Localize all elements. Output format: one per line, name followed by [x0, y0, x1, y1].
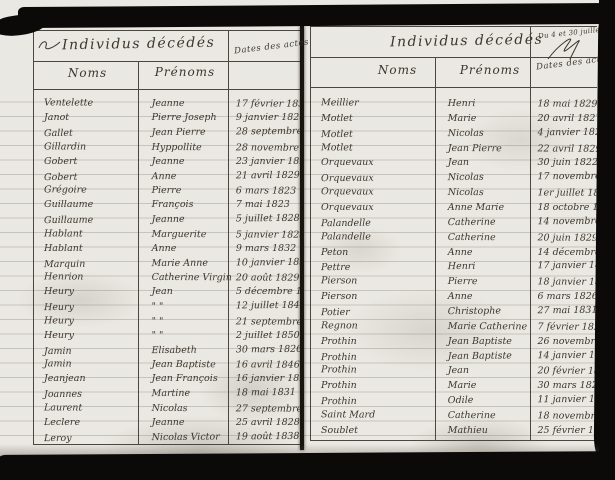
row-date: 30 mars 1829: [533, 380, 597, 391]
row-surname: Peton: [313, 247, 434, 258]
row-surname: Hablant: [36, 243, 138, 254]
row-surname: Joannes: [36, 388, 138, 400]
row-givenname: Nicolas: [434, 127, 534, 139]
row-givenname: Marie: [434, 380, 534, 391]
row-givenname: Elisabeth: [138, 344, 232, 356]
row-surname: Motlet: [313, 113, 434, 124]
row-givenname: Anne: [434, 247, 534, 258]
row-givenname: Jeanne: [138, 156, 232, 167]
left-col-header-noms: Noms: [45, 66, 130, 80]
row-givenname: Christophe: [434, 305, 534, 317]
row-date: 2 juillet 1850: [232, 330, 300, 341]
table-row: OrquevauxNicolas1er juillet 1830: [313, 184, 597, 200]
row-surname: Ventelette: [36, 97, 138, 109]
row-givenname: Odile: [434, 394, 534, 406]
row-givenname: Jean: [434, 157, 534, 168]
row-givenname: Jean Baptiste: [434, 336, 534, 347]
row-surname: Hablant: [36, 228, 138, 240]
row-surname: Guillaume: [36, 214, 138, 226]
row-date: 30 juin 1822: [533, 157, 597, 168]
row-date: 14 novembre 1834: [533, 216, 597, 228]
row-surname: Grégoire: [36, 184, 138, 196]
row-date: 12 juillet 1849: [232, 300, 300, 312]
row-surname: Jeanjean: [36, 373, 138, 384]
row-date: 23 janvier 1826: [232, 156, 300, 167]
table-row: GobertJeanne23 janvier 1826: [36, 154, 300, 169]
row-givenname: Martine: [138, 387, 232, 399]
row-surname: Potier: [313, 306, 434, 318]
row-surname: Meillier: [313, 97, 434, 109]
right-col-header-prenoms: Prénoms: [455, 63, 525, 77]
row-givenname: Anne: [138, 243, 232, 254]
row-surname: Henrion: [36, 271, 138, 283]
table-row: JoannesMartine18 mai 1831: [36, 385, 300, 402]
row-date: 17 février 1831: [232, 98, 300, 109]
row-givenname: Henri: [434, 261, 534, 273]
row-surname: Gobert: [36, 171, 138, 183]
scan-edge-top: [18, 3, 615, 28]
row-givenname: Jean François: [138, 373, 232, 384]
left-page-title: Individus décédés: [62, 35, 216, 54]
row-surname: Prothin: [313, 380, 434, 391]
row-givenname: Nicolas: [434, 187, 534, 199]
table-row: HenrionCatherine Virginie20 août 1829: [36, 269, 300, 285]
row-date: 30 mars 1826: [232, 343, 300, 355]
row-givenname: Anne: [434, 291, 534, 302]
row-surname: Jamin: [36, 358, 138, 370]
row-givenname: Jean Pierre: [138, 126, 232, 138]
row-givenname: Jeanne: [138, 417, 232, 428]
row-surname: Palandelle: [313, 231, 434, 243]
row-givenname: Jean: [434, 365, 534, 377]
row-surname: Gillardin: [36, 141, 138, 153]
row-givenname: Marie Anne: [138, 257, 232, 269]
table-row: MotletNicolas4 janvier 1828: [313, 124, 597, 141]
right-page-title: Individus décédés: [390, 32, 544, 51]
row-date: 9 janvier 1828: [232, 112, 300, 123]
row-surname: Prothin: [313, 336, 434, 347]
row-surname: Marquin: [36, 258, 138, 270]
table-row: Heury" "12 juillet 1849: [36, 298, 300, 315]
table-row: HablantMarguerite5 janvier 1828: [36, 226, 300, 242]
row-surname: Prothin: [313, 365, 434, 377]
row-surname: Gallet: [36, 127, 138, 139]
row-givenname: Catherine: [434, 410, 534, 422]
table-row: LaurentNicolas27 septembre 1823: [36, 400, 300, 416]
table-row: GrégoirePierre6 mars 1823: [36, 182, 300, 198]
row-date: 11 janvier 1832: [533, 394, 597, 406]
row-date: 25 février 1829: [533, 425, 597, 436]
row-givenname: Jeanne: [138, 98, 232, 109]
row-date: 26 novembre 1826: [533, 336, 597, 347]
row-givenname: Catherine Virginie: [138, 272, 232, 283]
row-surname: Saint Mard: [313, 409, 434, 421]
row-givenname: Nicolas: [138, 402, 232, 413]
row-givenname: Marie: [434, 113, 534, 124]
table-row: MotletMarie20 avril 1827: [313, 111, 597, 126]
row-date: 5 janvier 1828: [232, 229, 300, 240]
row-surname: Leroy: [36, 432, 138, 444]
table-row: GuillaumeFrançois7 mai 1823: [36, 198, 300, 213]
table-row: ProthinJean20 février 1828: [313, 363, 597, 379]
row-surname: Palandelle: [313, 217, 434, 229]
row-date: 14 décembre 1829: [533, 247, 597, 258]
row-givenname: Jean Baptiste: [138, 359, 232, 370]
row-surname: Pettre: [313, 262, 434, 274]
row-givenname: Pierre Joseph: [138, 112, 232, 123]
row-givenname: Jean Baptiste: [434, 350, 534, 362]
table-row: Heury" "21 septembre 1849: [36, 313, 300, 329]
row-surname: Prothin: [313, 351, 434, 363]
row-date: 28 septembre 1832: [232, 126, 300, 138]
row-date: 18 octobre 1832: [533, 202, 597, 213]
scan-edge-right: [594, 12, 615, 462]
table-row: PalandelleCatherine20 juin 1829: [313, 229, 597, 245]
row-date: 6 mars 1826: [533, 291, 597, 302]
row-givenname: " ": [138, 330, 232, 341]
row-surname: Janot: [36, 112, 138, 123]
row-date: 27 septembre 1823: [232, 403, 300, 414]
row-surname: Heury: [36, 286, 138, 297]
row-givenname: Anne: [138, 170, 232, 182]
table-row: Heury" "2 juillet 1850: [36, 328, 300, 343]
row-date: 7 mai 1823: [232, 199, 300, 210]
row-date: 18 mai 1831: [232, 387, 300, 399]
table-row: PiersonAnne6 mars 1826: [313, 289, 597, 304]
row-date: 14 janvier 1827: [533, 349, 597, 361]
row-givenname: Catherine: [434, 232, 534, 244]
right-page-rows: MeillierHenri18 mai 1829MotletMarie20 av…: [313, 96, 597, 438]
row-surname: Motlet: [313, 128, 434, 140]
row-date: 16 avril 1846: [232, 359, 300, 370]
binding-crease: [300, 26, 304, 450]
row-date: 17 novembre 1827: [533, 171, 597, 183]
row-date: 28 novembre 1828: [232, 142, 300, 153]
row-date: 1er juillet 1830: [533, 187, 597, 198]
row-date: 22 avril 1829: [533, 143, 597, 154]
row-surname: Orquevaux: [313, 202, 434, 213]
table-row: RegnonMarie Catherine7 février 1823: [313, 318, 597, 334]
row-surname: Heury: [36, 330, 138, 341]
row-date: 25 avril 1828: [232, 417, 300, 428]
row-date: 6 mars 1823: [232, 185, 300, 196]
table-row: VenteletteJeanne17 février 1831: [36, 95, 300, 111]
table-row: Saint MardCatherine18 novembre 1828: [313, 407, 597, 423]
row-surname: Regnon: [313, 320, 434, 332]
row-date: 20 avril 1827: [533, 113, 597, 124]
row-givenname: Mathieu: [434, 425, 534, 436]
row-surname: Orquevaux: [313, 186, 434, 198]
scanned-register-page: Individus décédés Noms Prénoms Dates des…: [0, 0, 615, 480]
row-date: 9 mars 1832: [232, 243, 300, 254]
row-surname: Jamin: [36, 345, 138, 357]
row-surname: Orquevaux: [313, 157, 434, 168]
row-surname: Orquevaux: [313, 172, 434, 184]
table-row: OrquevauxAnne Marie18 octobre 1832: [313, 200, 597, 215]
row-surname: Motlet: [313, 142, 434, 154]
row-date: 21 septembre 1849: [232, 316, 300, 327]
table-row: MotletJean Pierre22 avril 1829: [313, 140, 597, 156]
row-surname: Soublet: [313, 425, 434, 436]
row-givenname: " ": [138, 300, 232, 312]
row-surname: Prothin: [313, 395, 434, 407]
row-givenname: Marie Catherine: [434, 321, 534, 333]
row-date: 18 novembre 1828: [533, 410, 597, 421]
table-row: JaminJean Baptiste16 avril 1846: [36, 356, 300, 372]
table-row: PiersonPierre18 janvier 1824: [313, 274, 597, 290]
table-row: GillardinHyppollite28 novembre 1828: [36, 139, 300, 155]
row-date: 18 janvier 1824: [533, 277, 597, 288]
row-date: 19 août 1838: [232, 430, 300, 442]
row-surname: Leclere: [36, 417, 138, 428]
scan-edge-bottom: [0, 451, 615, 480]
row-givenname: Jean: [138, 286, 232, 297]
row-date: 17 janvier 1826: [533, 260, 597, 272]
row-date: 5 juillet 1828: [232, 213, 300, 225]
row-givenname: Henri: [434, 98, 534, 110]
table-row: JeanjeanJean François16 janvier 1828: [36, 372, 300, 387]
table-row: LeclereJeanne25 avril 1828: [36, 415, 300, 430]
row-givenname: Pierre: [434, 276, 534, 288]
table-row: ProthinMarie30 mars 1829: [313, 378, 597, 393]
table-row: GalletJean Pierre28 septembre 1832: [36, 124, 300, 141]
table-row: LeroyNicolas Victor19 août 1838: [36, 428, 300, 445]
row-date: 4 janvier 1828: [533, 126, 597, 138]
row-surname: Pierson: [313, 291, 434, 302]
row-date: 20 juin 1829: [533, 232, 597, 243]
row-surname: Heury: [36, 301, 138, 313]
table-row: OrquevauxJean30 juin 1822: [313, 155, 597, 170]
ink-flourish: [36, 34, 64, 54]
row-surname: Heury: [36, 315, 138, 327]
table-row: MeillierHenri18 mai 1829: [313, 95, 597, 111]
row-givenname: Nicolas: [434, 172, 534, 184]
row-givenname: Anne Marie: [434, 202, 534, 213]
row-givenname: François: [138, 199, 232, 210]
row-givenname: Hyppollite: [138, 141, 232, 152]
table-row: JanotPierre Joseph9 janvier 1828: [36, 111, 300, 126]
row-givenname: Pierre: [138, 185, 232, 196]
row-date: 5 décembre 1848: [232, 286, 300, 297]
table-row: HablantAnne9 mars 1832: [36, 241, 300, 256]
row-date: 16 janvier 1828: [232, 373, 300, 384]
row-surname: Pierson: [313, 275, 434, 287]
row-givenname: Nicolas Victor: [138, 431, 232, 443]
row-date: 21 avril 1829: [232, 169, 300, 181]
row-surname: Laurent: [36, 402, 138, 414]
row-surname: Gobert: [36, 156, 138, 167]
row-givenname: Catherine: [434, 216, 534, 228]
right-col-header-noms: Noms: [355, 63, 440, 77]
table-row: SoubletMathieu25 février 1829: [313, 423, 597, 438]
row-date: 10 janvier 1831: [232, 256, 300, 268]
row-givenname: " ": [138, 315, 232, 326]
row-date: 20 février 1828: [533, 366, 597, 377]
table-row: ProthinJean Baptiste26 novembre 1826: [313, 334, 597, 349]
row-date: 7 février 1823: [533, 321, 597, 332]
left-col-header-prenoms: Prénoms: [150, 65, 220, 79]
table-row: PalandelleCatherine14 novembre 1834: [313, 214, 597, 231]
row-date: 27 mai 1831: [533, 305, 597, 317]
row-date: 20 août 1829: [232, 272, 300, 283]
left-page-rows: VenteletteJeanne17 février 1831JanotPier…: [36, 96, 300, 444]
table-row: GuillaumeJeanne5 juillet 1828: [36, 211, 300, 228]
table-row: HeuryJean5 décembre 1848: [36, 285, 300, 300]
row-givenname: Jeanne: [138, 213, 232, 225]
row-givenname: Marguerite: [138, 228, 232, 239]
row-date: 18 mai 1829: [533, 98, 597, 109]
row-surname: Guillaume: [36, 199, 138, 210]
row-givenname: Jean Pierre: [434, 142, 534, 154]
